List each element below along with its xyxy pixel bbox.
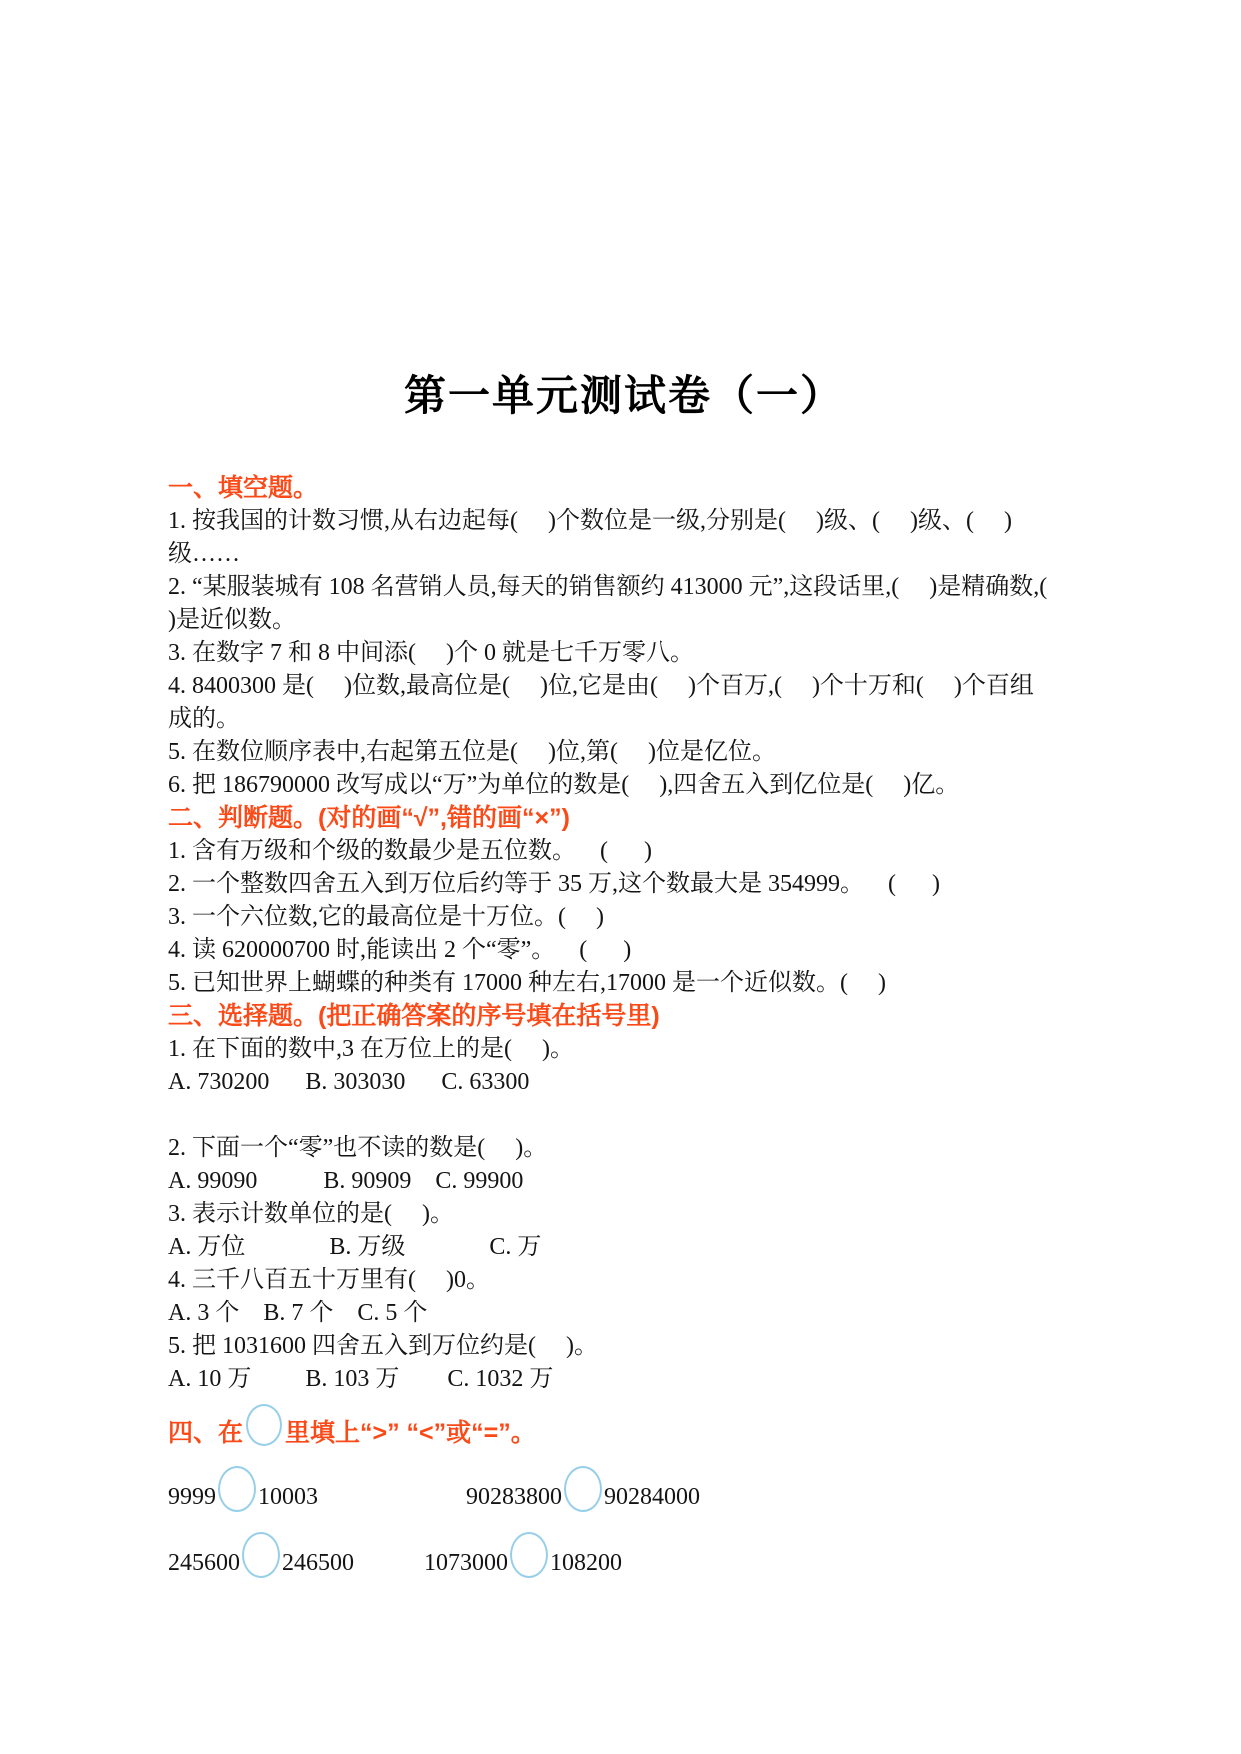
- s3-q3-options: A. 万位 B. 万级 C. 万: [168, 1231, 1080, 1264]
- comparison-row: 9999 10003 90283800 90284000: [168, 1464, 1080, 1512]
- s1-q5: 5. 在数位顺序表中,右起第五位是( )位,第( )位是亿位。: [168, 736, 1080, 769]
- compare-circle-icon: [218, 1466, 256, 1512]
- fill-circle-icon: [246, 1404, 282, 1446]
- compare-number: 9999: [168, 1482, 216, 1512]
- section-4-heading-prefix: 四、在: [168, 1417, 243, 1450]
- compare-number: 246500: [282, 1548, 354, 1578]
- s1-q4-line2: 成的。: [168, 703, 1080, 736]
- compare-number: 10003: [258, 1482, 318, 1512]
- s1-q1-line1: 1. 按我国的计数习惯,从右边起每( )个数位是一级,分别是( )级、( )级、…: [168, 505, 1080, 538]
- compare-circle-icon: [510, 1532, 548, 1578]
- compare-circle-icon: [242, 1532, 280, 1578]
- s1-q4-line1: 4. 8400300 是( )位数,最高位是( )位,它是由( )个百万,( )…: [168, 670, 1080, 703]
- section-3-heading: 三、选择题。(把正确答案的序号填在括号里): [168, 1000, 1080, 1033]
- worksheet-page: 第一单元测试卷（一） 一、填空题。 1. 按我国的计数习惯,从右边起每( )个数…: [0, 0, 1241, 1754]
- worksheet-content: 第一单元测试卷（一） 一、填空题。 1. 按我国的计数习惯,从右边起每( )个数…: [168, 368, 1080, 1578]
- section-4-heading: 四、在 里填上“>” “<”或“=”。: [168, 1406, 1080, 1450]
- s3-q5-options: A. 10 万 B. 103 万 C. 1032 万: [168, 1363, 1080, 1396]
- s2-q3: 3. 一个六位数,它的最高位是十万位。( ): [168, 901, 1080, 934]
- blank-line: [168, 1099, 1080, 1132]
- comparison-row: 245600 246500 1073000 108200: [168, 1530, 1080, 1578]
- compare-circle-icon: [564, 1466, 602, 1512]
- s3-q4-options: A. 3 个 B. 7 个 C. 5 个: [168, 1297, 1080, 1330]
- compare-number: 245600: [168, 1548, 240, 1578]
- compare-number: 108200: [550, 1548, 622, 1578]
- compare-number: 90283800: [466, 1482, 562, 1512]
- section-4-heading-suffix: 里填上“>” “<”或“=”。: [285, 1417, 536, 1450]
- compare-number: 1073000: [424, 1548, 508, 1578]
- compare-number: 90284000: [604, 1482, 700, 1512]
- section-1-heading: 一、填空题。: [168, 472, 1080, 505]
- s3-q2: 2. 下面一个“零”也不读的数是( )。: [168, 1132, 1080, 1165]
- s1-q6: 6. 把 186790000 改写成以“万”为单位的数是( ),四舍五入到亿位是…: [168, 769, 1080, 802]
- page-title: 第一单元测试卷（一）: [168, 368, 1080, 424]
- section-2-heading: 二、判断题。(对的画“√”,错的画“×”): [168, 802, 1080, 835]
- s1-q2-line2: )是近似数。: [168, 604, 1080, 637]
- s3-q2-options: A. 99090 B. 90909 C. 99900: [168, 1165, 1080, 1198]
- s2-q1: 1. 含有万级和个级的数最少是五位数。 ( ): [168, 835, 1080, 868]
- s2-q2: 2. 一个整数四舍五入到万位后约等于 35 万,这个数最大是 354999。 (…: [168, 868, 1080, 901]
- s3-q4: 4. 三千八百五十万里有( )0。: [168, 1264, 1080, 1297]
- s3-q5: 5. 把 1031600 四舍五入到万位约是( )。: [168, 1330, 1080, 1363]
- s1-q1-line2: 级……: [168, 538, 1080, 571]
- s1-q3: 3. 在数字 7 和 8 中间添( )个 0 就是七千万零八。: [168, 637, 1080, 670]
- s2-q4: 4. 读 620000700 时,能读出 2 个“零”。 ( ): [168, 934, 1080, 967]
- s3-q3: 3. 表示计数单位的是( )。: [168, 1198, 1080, 1231]
- s3-q1-options: A. 730200 B. 303030 C. 63300: [168, 1066, 1080, 1099]
- s2-q5: 5. 已知世界上蝴蝶的种类有 17000 种左右,17000 是一个近似数。( …: [168, 967, 1080, 1000]
- s1-q2-line1: 2. “某服装城有 108 名营销人员,每天的销售额约 413000 元”,这段…: [168, 571, 1080, 604]
- s3-q1: 1. 在下面的数中,3 在万位上的是( )。: [168, 1033, 1080, 1066]
